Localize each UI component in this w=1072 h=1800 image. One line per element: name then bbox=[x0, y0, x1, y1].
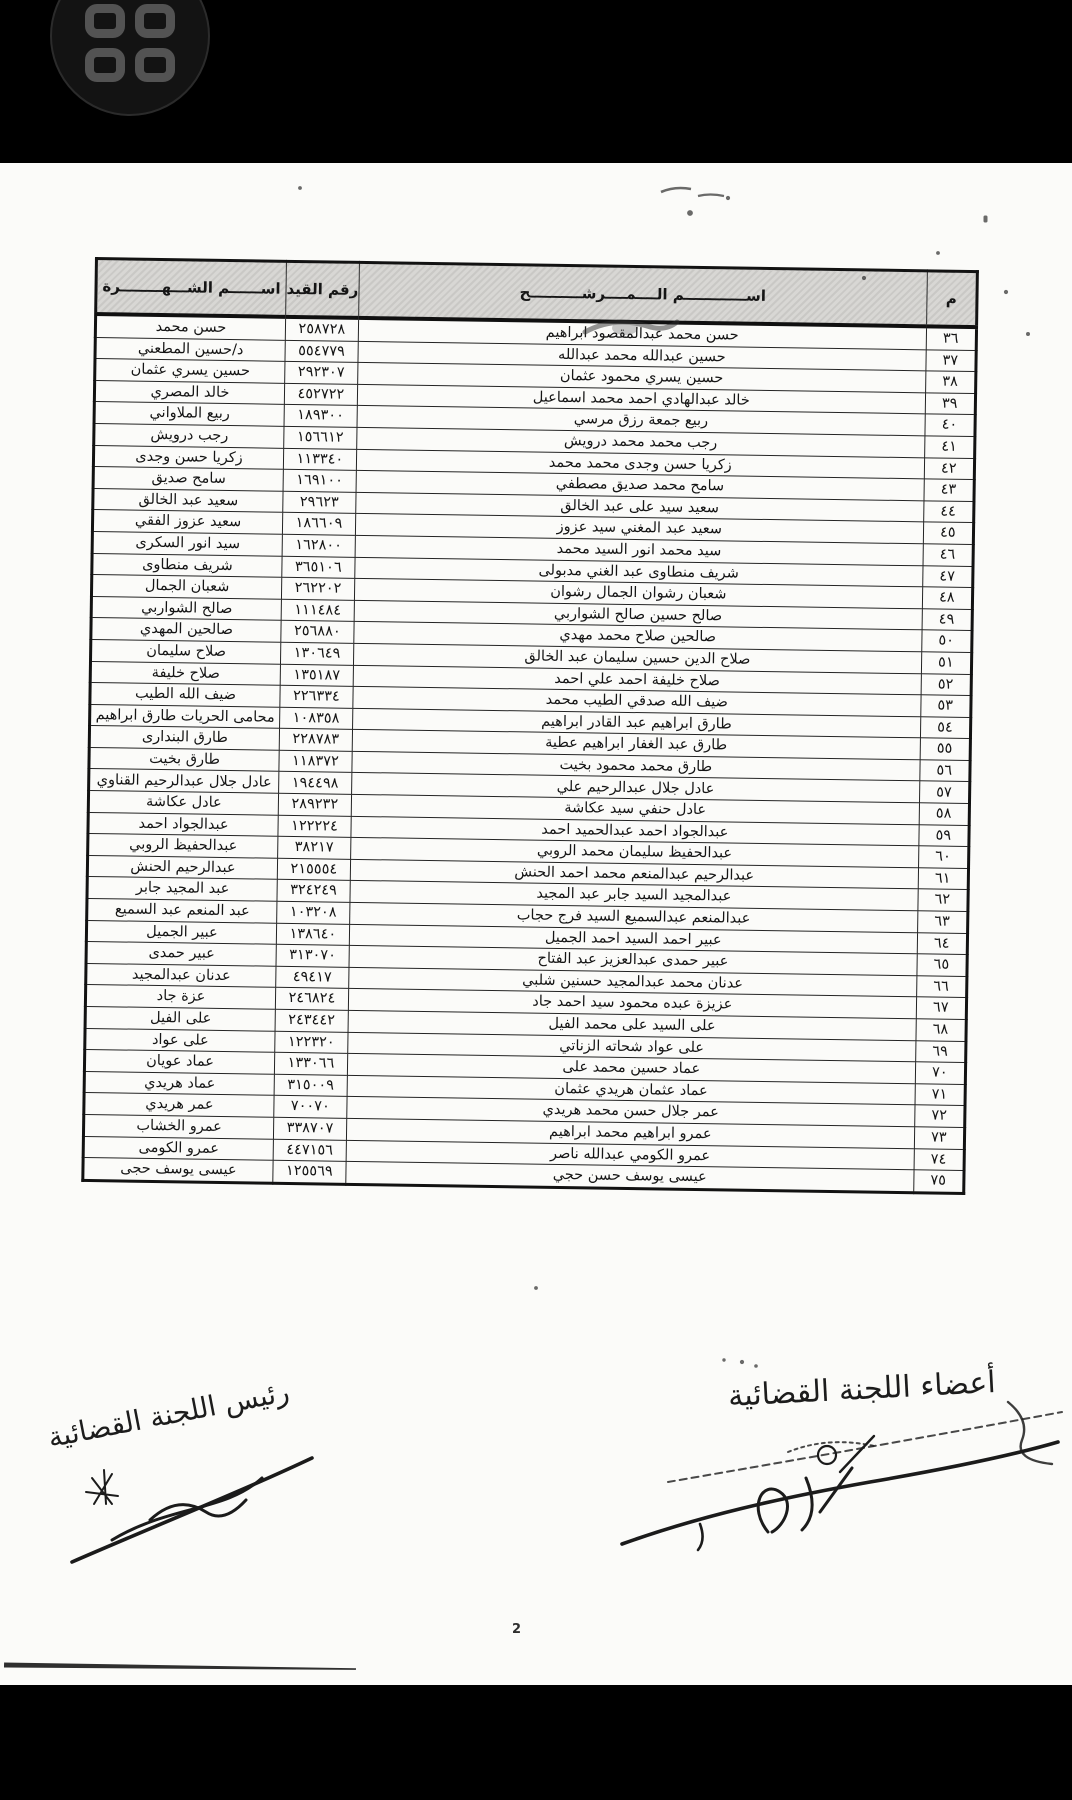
row-number-cell: ٤٤ bbox=[923, 501, 973, 523]
row-number-cell: ٤٠ bbox=[925, 414, 975, 436]
known-name-cell: عيسى يوسف حجى bbox=[83, 1158, 273, 1183]
row-number-cell: ٦٢ bbox=[918, 889, 968, 911]
known-name-cell: شريف منطاوى bbox=[92, 553, 282, 577]
registration-number-cell: ١٦٩١٠٠ bbox=[283, 469, 356, 492]
row-number-cell: ٦٩ bbox=[915, 1040, 965, 1062]
known-name-cell: ربيع الملاواني bbox=[94, 402, 284, 426]
registration-number-cell: ١٢٥٥٦٩ bbox=[273, 1160, 346, 1184]
row-number-cell: ٦٠ bbox=[918, 846, 968, 868]
known-name-cell: ضيف الله الطيب bbox=[90, 683, 280, 707]
known-name-cell: سيد انور السكرى bbox=[92, 531, 282, 555]
row-number-cell: ٥٦ bbox=[920, 760, 970, 782]
row-number-cell: ٧٥ bbox=[914, 1170, 964, 1193]
registration-number-cell: ١٢٢٣٢٠ bbox=[275, 1031, 348, 1054]
known-name-cell: سعيد عبد الخالق bbox=[93, 488, 283, 512]
registration-number-cell: ٢١٥٥٥٤ bbox=[277, 858, 350, 881]
rounded-square-icon bbox=[135, 48, 175, 82]
registration-number-cell: ٢٢٨٧٨٣ bbox=[279, 729, 352, 752]
registration-number-cell: ١١٣٣٤٠ bbox=[283, 448, 356, 471]
registration-number-cell: ٤٥٢٧٢٢ bbox=[284, 383, 357, 406]
known-name-cell: على الفيل bbox=[85, 1006, 275, 1030]
registration-number-cell: ١٣٨٦٤٠ bbox=[276, 923, 349, 946]
known-name-cell: عبير الجميل bbox=[86, 920, 276, 944]
apps-grid-icon[interactable] bbox=[50, 0, 210, 116]
known-name-cell: طارق بخيت bbox=[89, 747, 279, 771]
registration-number-cell: ٢٤٦٨٢٤ bbox=[275, 988, 348, 1011]
known-name-cell: على عواد bbox=[85, 1028, 275, 1052]
row-number-cell: ٤٣ bbox=[924, 479, 974, 501]
row-number-cell: ٤٦ bbox=[923, 544, 973, 566]
row-number-cell: ٦١ bbox=[918, 868, 968, 890]
registration-number-cell: ١٠٨٣٥٨ bbox=[280, 707, 353, 730]
known-name-cell: شعبان الجمال bbox=[91, 575, 281, 599]
known-name-cell: عبد المجيد جابر bbox=[87, 877, 277, 901]
registration-number-cell: ٥٥٤٧٧٩ bbox=[285, 340, 358, 363]
registration-number-cell: ٢٢٦٣٣٤ bbox=[280, 685, 353, 708]
row-number-cell: ٦٣ bbox=[917, 911, 967, 933]
registration-number-cell: ٣٨٢١٧ bbox=[278, 837, 351, 860]
row-number-cell: ٥٩ bbox=[919, 824, 969, 846]
row-number-cell: ٤٧ bbox=[923, 565, 973, 587]
known-name-cell: حسن محمد bbox=[95, 314, 285, 340]
row-number-cell: ٥٥ bbox=[920, 738, 970, 760]
row-number-cell: ٥١ bbox=[921, 652, 971, 674]
row-number-cell: ٤٥ bbox=[923, 522, 973, 544]
known-name-cell: عماد هريدي bbox=[84, 1071, 274, 1095]
registration-number-cell: ٢٥٦٨٨٠ bbox=[281, 621, 354, 644]
registration-number-cell: ٣٢٤٢٤٩ bbox=[277, 880, 350, 903]
registration-number-cell: ٢٤٣٤٤٢ bbox=[275, 1009, 348, 1032]
known-name-cell: عمرو الكومى bbox=[83, 1136, 273, 1160]
known-name-cell: عمرو الخشاب bbox=[83, 1114, 273, 1138]
row-number-cell: ٤٢ bbox=[924, 457, 974, 479]
registration-number-cell: ١٨٦٦٠٩ bbox=[282, 513, 355, 536]
row-number-cell: ٧٠ bbox=[915, 1062, 965, 1084]
row-number-cell: ٧٢ bbox=[915, 1105, 965, 1127]
known-name-cell: عدنان عبدالمجيد bbox=[86, 963, 276, 987]
known-name-cell: رجب درويش bbox=[94, 423, 284, 447]
rounded-square-icon bbox=[85, 4, 125, 38]
known-name-cell: عادل عكاشة bbox=[88, 791, 278, 815]
row-number-cell: ٧٣ bbox=[914, 1127, 964, 1149]
row-number-cell: ٧١ bbox=[915, 1084, 965, 1106]
row-number-cell: ٦٨ bbox=[916, 1019, 966, 1041]
registration-number-cell: ١٣٥١٨٧ bbox=[280, 664, 353, 687]
known-name-cell: عادل جلال عبدالرحيم القناوي bbox=[89, 769, 279, 793]
known-name-cell: طارق البندارى bbox=[89, 726, 279, 750]
registration-number-cell: ١٠٣٢٠٨ bbox=[277, 901, 350, 924]
registration-number-cell: ٣١٥٠٠٩ bbox=[274, 1074, 347, 1097]
known-name-cell: حسين يسري عثمان bbox=[95, 359, 285, 383]
known-name-cell: سامح صديق bbox=[93, 467, 283, 491]
candidates-table: م اســــــــــــم الــــمــــرشـــــــــ… bbox=[81, 257, 978, 1195]
row-number-cell: ٤٩ bbox=[922, 609, 972, 631]
registration-number-cell: ٢٥٨٧٢٨ bbox=[285, 317, 358, 341]
row-number-cell: ٤١ bbox=[924, 436, 974, 458]
known-name-cell: صالحين المهدي bbox=[91, 618, 281, 642]
row-number-cell: ٦٤ bbox=[917, 932, 967, 954]
registration-number-cell: ٢٦٢٢٠٢ bbox=[281, 577, 354, 600]
row-number-cell: ٥٧ bbox=[919, 781, 969, 803]
column-header-known-name: اســــــم الشـــهــــــــرة bbox=[96, 259, 287, 317]
row-number-cell: ٥٢ bbox=[921, 673, 971, 695]
known-name-cell: زكريا حسن وجدى bbox=[93, 445, 283, 469]
registration-number-cell: ٢٨٩٢٣٢ bbox=[278, 793, 351, 816]
table-body: ٣٦ حسن محمد عبدالمقصود ابراهيم ٢٥٨٧٢٨ حس… bbox=[83, 314, 977, 1193]
registration-number-cell: ٧٠٠٧٠ bbox=[274, 1096, 347, 1119]
column-header-number: م bbox=[926, 271, 977, 327]
page-number: 2 bbox=[512, 1622, 521, 1637]
known-name-cell: خالد المصري bbox=[94, 380, 284, 404]
registration-number-cell: ٤٩٤١٧ bbox=[276, 966, 349, 989]
candidates-table-wrap: م اســــــــــــم الــــمــــرشـــــــــ… bbox=[81, 257, 978, 1195]
known-name-cell: عبدالرحيم الحنش bbox=[87, 855, 277, 879]
row-number-cell: ٦٧ bbox=[916, 997, 966, 1019]
registration-number-cell: ١٢٢٢٢٤ bbox=[278, 815, 351, 838]
known-name-cell: عبدالجواد احمد bbox=[88, 812, 278, 836]
row-number-cell: ٤٨ bbox=[922, 587, 972, 609]
registration-number-cell: ١١٨٣٧٢ bbox=[279, 750, 352, 773]
known-name-cell: عمر هريدي bbox=[84, 1093, 274, 1117]
row-number-cell: ٦٦ bbox=[916, 976, 966, 998]
registration-number-cell: ١٥٦٦١٢ bbox=[284, 426, 357, 449]
known-name-cell: محامى الحريات طارق ابراهيم bbox=[90, 704, 280, 728]
registration-number-cell: ١٦٢٨٠٠ bbox=[282, 534, 355, 557]
known-name-cell: صلاح خليفة bbox=[90, 661, 280, 685]
known-name-cell: عبد المنعم عبد السميع bbox=[87, 898, 277, 922]
row-number-cell: ٥٨ bbox=[919, 803, 969, 825]
registration-number-cell: ٢٩٦٢٣ bbox=[283, 491, 356, 514]
apps-grid-glyph bbox=[85, 4, 177, 82]
registration-number-cell: ١٣٠٦٤٩ bbox=[280, 642, 353, 665]
known-name-cell: صالح الشواربي bbox=[91, 596, 281, 620]
known-name-cell: سعيد عزوز الفقي bbox=[92, 510, 282, 534]
row-number-cell: ٥٣ bbox=[921, 695, 971, 717]
known-name-cell: عبدالحفيظ الروبي bbox=[88, 834, 278, 858]
row-number-cell: ٥٠ bbox=[922, 630, 972, 652]
registration-number-cell: ١١١٤٨٤ bbox=[281, 599, 354, 622]
registration-number-cell: ٣١٣٠٧٠ bbox=[276, 944, 349, 967]
registration-number-cell: ٢٩٢٣٠٧ bbox=[285, 362, 358, 385]
row-number-cell: ٣٩ bbox=[925, 393, 975, 415]
registration-number-cell: ٤٤٧١٥٦ bbox=[273, 1139, 346, 1162]
row-number-cell: ٣٨ bbox=[925, 371, 975, 393]
row-number-cell: ٣٧ bbox=[926, 349, 976, 371]
known-name-cell: عزة جاد bbox=[85, 985, 275, 1009]
registration-number-cell: ٣٣٨٧٠٧ bbox=[273, 1117, 346, 1140]
known-name-cell: صلاح سليمان bbox=[91, 639, 281, 663]
known-name-cell: د/حسين المطعني bbox=[95, 337, 285, 361]
column-header-candidate-name: اســــــــــــم الــــمــــرشــــــــــح bbox=[358, 262, 927, 326]
rounded-square-icon bbox=[85, 48, 125, 82]
rounded-square-icon bbox=[135, 4, 175, 38]
registration-number-cell: ٣٦٥١٠٦ bbox=[282, 556, 355, 579]
document-viewer: م اســــــــــــم الــــمــــرشـــــــــ… bbox=[0, 0, 1072, 1800]
row-number-cell: ٦٥ bbox=[917, 954, 967, 976]
row-number-cell: ٧٤ bbox=[914, 1148, 964, 1170]
column-header-registration-number: رقم القيد bbox=[286, 261, 360, 318]
registration-number-cell: ١٩٤٤٩٨ bbox=[279, 772, 352, 795]
row-number-cell: ٣٦ bbox=[926, 326, 976, 350]
known-name-cell: عماد عويان bbox=[84, 1050, 274, 1074]
registration-number-cell: ١٣٣٠٦٦ bbox=[274, 1052, 347, 1075]
known-name-cell: عبير حمدى bbox=[86, 942, 276, 966]
registration-number-cell: ١٨٩٣٠٠ bbox=[284, 405, 357, 428]
row-number-cell: ٥٤ bbox=[920, 716, 970, 738]
